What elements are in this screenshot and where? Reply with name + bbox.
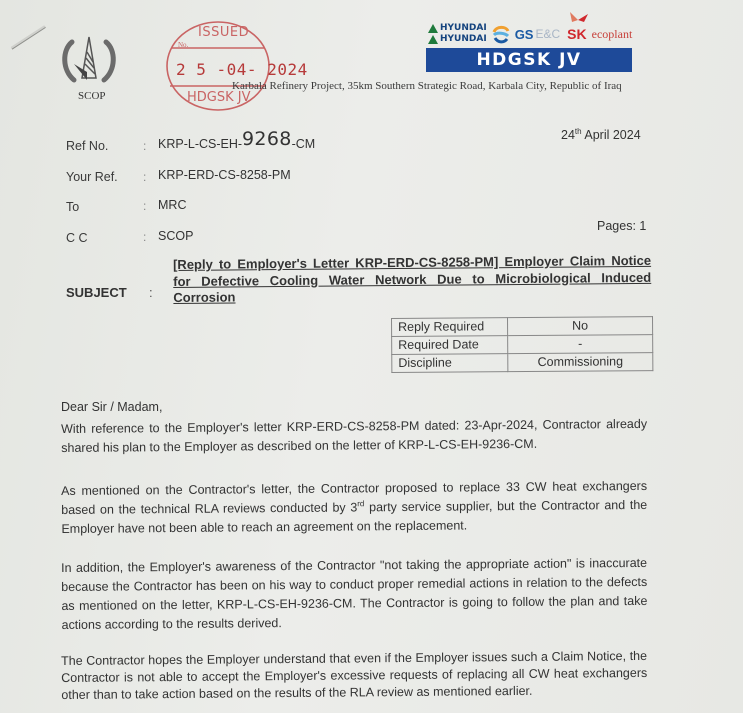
- ref-no-value: KRP-L-CS-EH-9268-CM: [158, 131, 315, 153]
- date-day: 24: [561, 128, 575, 142]
- scop-logo-icon: [58, 34, 120, 86]
- reply-required-label: Reply Required: [392, 318, 508, 337]
- project-address: Karbala Refinery Project, 35km Southern …: [232, 80, 622, 92]
- hyundai-text: HYUNDAI: [440, 34, 487, 45]
- stamp-issuer: HDGSK JV: [187, 90, 251, 105]
- gs-swirl-icon: [491, 24, 511, 44]
- required-date-value: -: [508, 335, 653, 354]
- scop-label: SCOP: [78, 90, 106, 102]
- partner-logos: HYUNDAI HYUNDAI GS E&C SK ecoplant: [428, 18, 632, 50]
- your-ref-colon: :: [143, 170, 146, 184]
- cc-colon: :: [143, 230, 146, 244]
- stamp-no-label: No.: [178, 41, 188, 49]
- body-paragraph-3: In addition, the Employer's awareness of…: [61, 554, 648, 635]
- hyundai-logo: HYUNDAI HYUNDAI: [428, 23, 487, 45]
- body-paragraph-2: As mentioned on the Contractor's letter,…: [61, 477, 647, 539]
- date-month-year: April 2024: [582, 128, 641, 142]
- subject-text: [Reply to Employer's Letter KRP-ERD-CS-8…: [173, 253, 651, 307]
- required-date-label: Required Date: [392, 336, 508, 355]
- cc-label: C C: [66, 231, 88, 245]
- stamp-date: 2 5 -04- 2024: [176, 60, 308, 79]
- gs-text: GS: [515, 27, 534, 42]
- cc-value: SCOP: [158, 229, 193, 243]
- body-paragraph-1: With reference to the Employer's letter …: [61, 415, 647, 458]
- subject-label: SUBJECT: [66, 285, 127, 300]
- discipline-value: Commissioning: [508, 353, 653, 372]
- pen-mark: [11, 25, 46, 48]
- reply-required-value: No: [508, 317, 653, 336]
- greeting: Dear Sir / Madam,: [61, 400, 162, 414]
- ref-no-prefix: KRP-L-CS-EH-: [158, 137, 242, 151]
- hyundai-triangle-icon: [428, 24, 438, 33]
- ref-no-suffix: -CM: [292, 137, 316, 151]
- ecoplant-text: ecoplant: [592, 27, 633, 42]
- info-table: Reply Required No Required Date - Discip…: [391, 316, 653, 373]
- subject-colon: :: [149, 285, 153, 300]
- body-paragraph-4: The Contractor hopes the Employer unders…: [61, 648, 647, 704]
- ref-no-handwritten-number: 9268: [242, 128, 292, 150]
- hyundai-text: HYUNDAI: [440, 23, 487, 34]
- to-colon: :: [143, 199, 146, 213]
- table-row: Discipline Commissioning: [392, 353, 653, 373]
- ref-no-label: Ref No.: [66, 139, 108, 153]
- table-row: Required Date -: [392, 335, 653, 355]
- table-row: Reply Required No: [392, 317, 653, 337]
- to-value: MRC: [158, 198, 186, 212]
- page-count: Pages: 1: [597, 219, 646, 233]
- stamp-title: ISSUED: [198, 25, 249, 40]
- hyundai-triangle-icon: [428, 35, 438, 44]
- your-ref-label: Your Ref.: [66, 170, 118, 184]
- enc-text: E&C: [535, 27, 560, 41]
- letter-date: 24th April 2024: [561, 127, 641, 142]
- to-label: To: [66, 200, 79, 214]
- your-ref-value: KRP-ERD-CS-8258-PM: [158, 168, 291, 182]
- ref-no-colon: :: [143, 139, 146, 153]
- discipline-label: Discipline: [392, 354, 508, 373]
- date-day-suffix: th: [575, 127, 582, 136]
- sk-text: SK: [567, 26, 586, 42]
- jv-banner: HDGSK JV: [426, 48, 632, 72]
